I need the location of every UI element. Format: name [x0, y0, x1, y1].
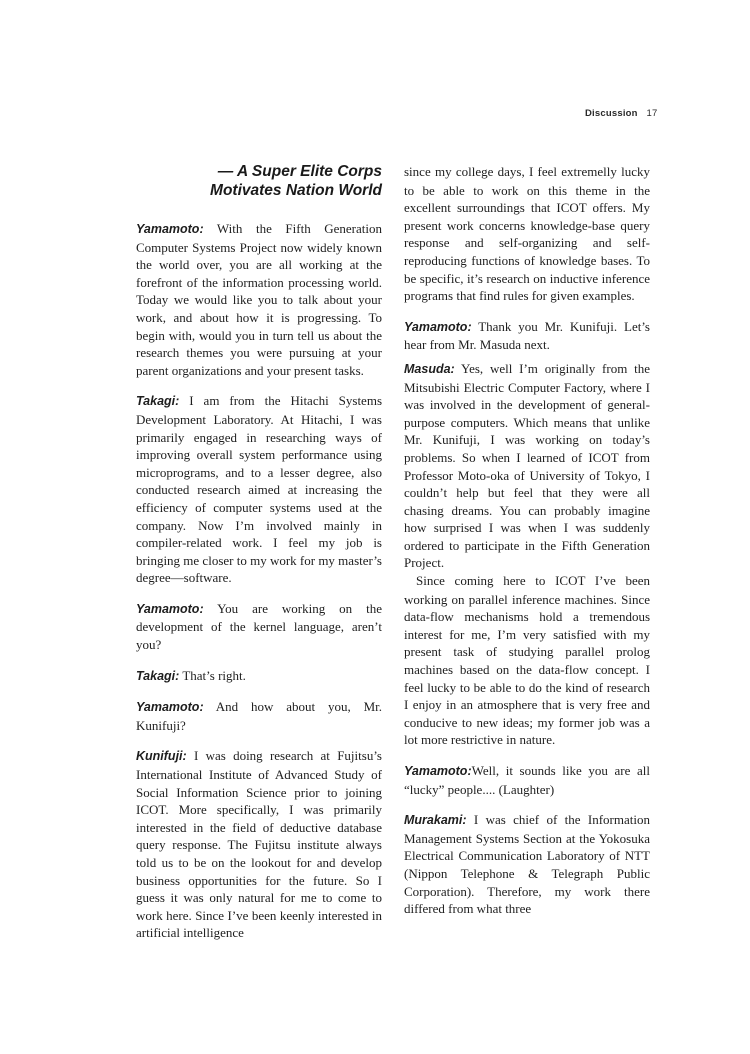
page-number: 17 — [647, 108, 658, 119]
section-heading-line-2: Motivates Nation World — [136, 181, 382, 200]
paragraph-masuda-background: Masuda: Yes, well I’m originally from th… — [404, 360, 650, 572]
paragraph-yamamoto-kunifuji: Yamamoto: And how about you, Mr. Kunifuj… — [136, 698, 382, 734]
paragraph-takagi-reply: Takagi: That’s right. — [136, 667, 382, 686]
running-head: Discussion 17 — [585, 108, 658, 119]
speaker-name: Takagi: — [136, 394, 179, 408]
speaker-name: Masuda: — [404, 362, 455, 376]
paragraph-text: Yes, well I’m originally from the Mitsub… — [404, 361, 650, 571]
paragraph-yamamoto-kernel: Yamamoto: You are working on the develop… — [136, 600, 382, 654]
section-heading: — A Super Elite Corps Motivates Nation W… — [136, 162, 382, 200]
section-heading-line-1: — A Super Elite Corps — [136, 162, 382, 181]
speaker-name: Yamamoto: — [136, 602, 204, 616]
paragraph-kunifuji-background: Kunifuji: I was doing research at Fujits… — [136, 747, 382, 942]
right-column: since my college days, I feel extremelly… — [404, 163, 650, 931]
paragraph-text: I was doing research at Fujitsu’s Intern… — [136, 748, 382, 940]
paragraph-takagi-background: Takagi: I am from the Hitachi Systems De… — [136, 392, 382, 587]
paragraph-text: I am from the Hitachi Systems Developmen… — [136, 393, 382, 585]
paragraph-text: With the Fifth Generation Computer Syste… — [136, 221, 382, 378]
paragraph-murakami-background: Murakami: I was chief of the Information… — [404, 811, 650, 918]
paragraph-kunifuji-continued: since my college days, I feel extremelly… — [404, 163, 650, 305]
speaker-name: Yamamoto: — [404, 320, 472, 334]
paragraph-masuda-continued: Since coming here to ICOT I’ve been work… — [404, 572, 650, 749]
paragraph-text: I was chief of the Information Managemen… — [404, 812, 650, 916]
paragraph-yamamoto-lucky: Yamamoto:Well, it sounds like you are al… — [404, 762, 650, 798]
speaker-name: Yamamoto: — [404, 764, 472, 778]
speaker-name: Kunifuji: — [136, 749, 187, 763]
left-column: — A Super Elite Corps Motivates Nation W… — [136, 162, 382, 955]
speaker-name: Takagi: — [136, 669, 179, 683]
paragraph-text: That’s right. — [179, 668, 246, 683]
paragraph-text: Since coming here to ICOT I’ve been work… — [404, 573, 650, 747]
speaker-name: Yamamoto: — [136, 700, 204, 714]
speaker-name: Yamamoto: — [136, 222, 204, 236]
paragraph-text: since my college days, I feel extremelly… — [404, 164, 650, 303]
running-head-section: Discussion — [585, 108, 638, 119]
paragraph-yamamoto-intro: Yamamoto: With the Fifth Generation Comp… — [136, 220, 382, 379]
paragraph-yamamoto-masuda: Yamamoto: Thank you Mr. Kunifuji. Let’s … — [404, 318, 650, 354]
speaker-name: Murakami: — [404, 813, 467, 827]
